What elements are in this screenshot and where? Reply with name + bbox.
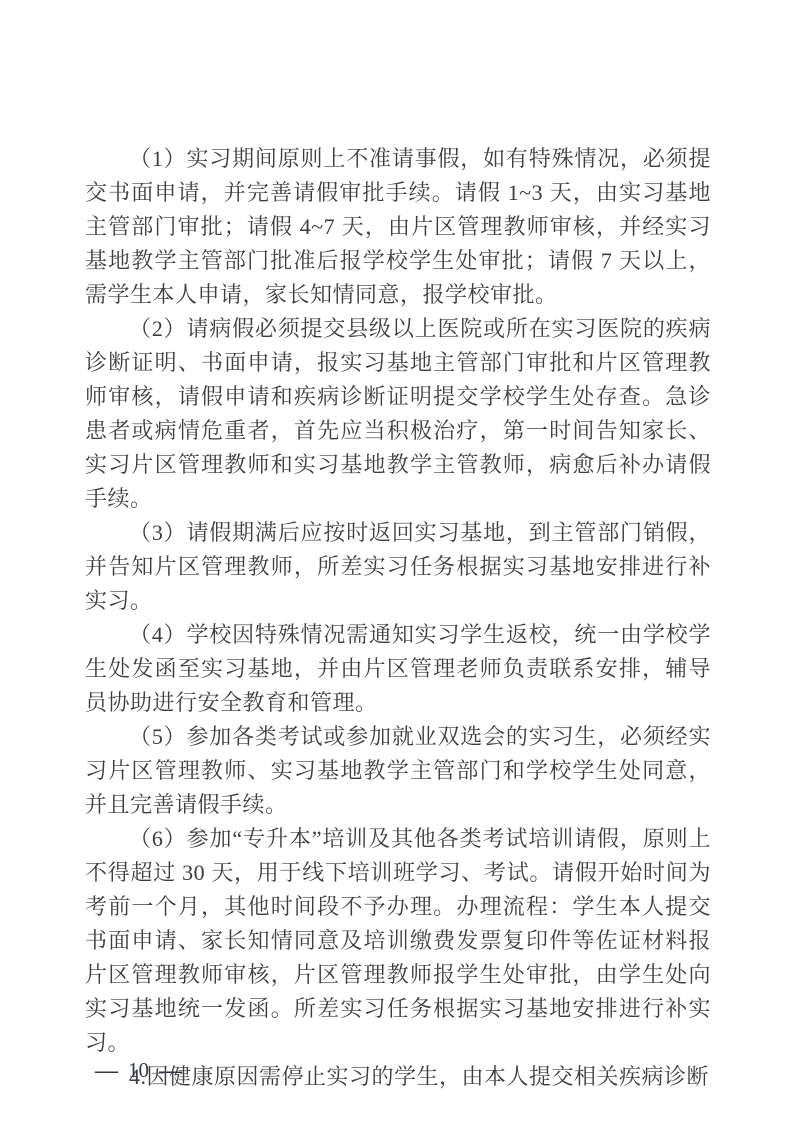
paragraph-6: （6）参加“专升本”培训及其他各类考试培训请假，原则上不得超过 30 天，用于线… (85, 822, 711, 1060)
document-body: （1）实习期间原则上不准请事假，如有特殊情况，必须提交书面申请，并完善请假审批手… (85, 142, 711, 1094)
paragraph-3: （3）请假期满后应按时返回实习基地，到主管部门销假，并告知片区管理教师，所差实习… (85, 516, 711, 618)
document-page: （1）实习期间原则上不准请事假，如有特殊情况，必须提交书面申请，并完善请假审批手… (0, 0, 794, 1123)
paragraph-2: （2）请病假必须提交县级以上医院或所在实习医院的疾病诊断证明、书面申请，报实习基… (85, 312, 711, 516)
paragraph-4: （4）学校因特殊情况需通知实习学生返校，统一由学校学生处发函至实习基地，并由片区… (85, 618, 711, 720)
paragraph-5: （5）参加各类考试或参加就业双选会的实习生，必须经实习片区管理教师、实习基地教学… (85, 720, 711, 822)
page-number-footer: —10— (96, 1058, 181, 1082)
footer-dash-right: — (159, 1058, 182, 1082)
paragraph-1: （1）实习期间原则上不准请事假，如有特殊情况，必须提交书面申请，并完善请假审批手… (85, 142, 711, 312)
page-number: 10 (128, 1058, 149, 1082)
footer-dash-left: — (95, 1058, 118, 1082)
